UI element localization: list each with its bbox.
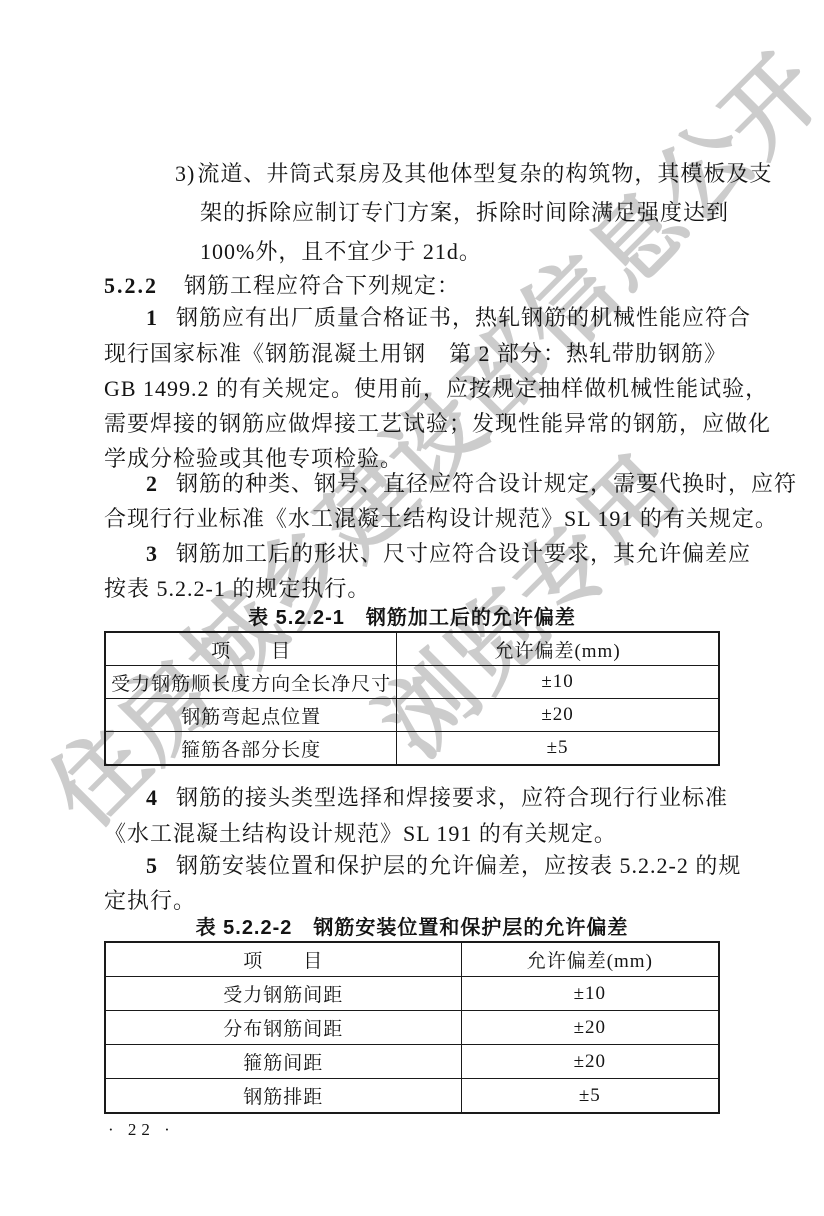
paragraph-1-line: 现行国家标准《钢筋混凝土用钢 第 2 部分：热轧带肋钢筋》	[104, 341, 727, 367]
column-header-deviation: 允许偏差(mm)	[397, 632, 719, 666]
item-cell: 箍筋间距	[105, 1045, 461, 1079]
list-item-3-line: 100%外，且不宜少于 21d。	[200, 239, 482, 265]
value-cell: ±20	[461, 1045, 719, 1079]
paragraph-number: 3	[146, 541, 158, 566]
item-cell: 钢筋弯起点位置	[105, 699, 397, 732]
table2-caption: 表 5.2.2-2 钢筋安装位置和保护层的允许偏差	[104, 911, 720, 940]
table-row: 钢筋排距 ±5	[105, 1079, 719, 1114]
clause-heading: 5.2.2钢筋工程应符合下列规定：	[104, 273, 460, 299]
paragraph-number: 2	[146, 471, 158, 496]
table-allowed-deviation-processing: 项 目 允许偏差(mm) 受力钢筋顺长度方向全长净尺寸 ±10 钢筋弯起点位置 …	[104, 631, 720, 766]
value-cell: ±5	[397, 732, 719, 766]
column-header-item: 项 目	[105, 632, 397, 666]
paragraph-text: 钢筋的种类、钢号、直径应符合设计规定，需要代换时，应符	[176, 471, 797, 496]
value-cell: ±20	[461, 1011, 719, 1045]
paragraph-number: 1	[146, 305, 158, 330]
value-cell: ±10	[461, 977, 719, 1011]
clause-title: 钢筋工程应符合下列规定：	[184, 273, 460, 298]
column-header-item: 项 目	[105, 942, 461, 977]
paragraph-3-line: 3钢筋加工后的形状、尺寸应符合设计要求，其允许偏差应	[146, 541, 751, 567]
item-cell: 受力钢筋顺长度方向全长净尺寸	[105, 666, 397, 699]
page-number: · 22 ·	[108, 1120, 175, 1140]
item-cell: 分布钢筋间距	[105, 1011, 461, 1045]
paragraph-number: 4	[146, 785, 158, 810]
paragraph-1-line: 1钢筋应有出厂质量合格证书，热轧钢筋的机械性能应符合	[146, 305, 751, 331]
value-cell: ±10	[397, 666, 719, 699]
paragraph-text: 钢筋的接头类型选择和焊接要求，应符合现行行业标准	[176, 785, 728, 810]
paragraph-1-line: GB 1499.2 的有关规定。使用前，应按规定抽样做机械性能试验，	[104, 376, 768, 402]
paragraph-1-line: 需要焊接的钢筋应做焊接工艺试验；发现性能异常的钢筋，应做化	[104, 411, 771, 437]
item-cell: 箍筋各部分长度	[105, 732, 397, 766]
paragraph-number: 5	[146, 853, 158, 878]
paragraph-text: 钢筋应有出厂质量合格证书，热轧钢筋的机械性能应符合	[176, 305, 751, 330]
paragraph-2-line: 合现行行业标准《水工混凝土结构设计规范》SL 191 的有关规定。	[104, 506, 778, 532]
table-header-row: 项 目 允许偏差(mm)	[105, 632, 719, 666]
value-cell: ±5	[461, 1079, 719, 1114]
list-item-3-line: 架的拆除应制订专门方案，拆除时间除满足强度达到	[200, 200, 729, 226]
table-row: 分布钢筋间距 ±20	[105, 1011, 719, 1045]
list-item-3-line: 3)流道、井筒式泵房及其他体型复杂的构筑物，其模板及支	[175, 161, 772, 187]
clause-number: 5.2.2	[104, 273, 158, 298]
table-header-row: 项 目 允许偏差(mm)	[105, 942, 719, 977]
table1-caption: 表 5.2.2-1 钢筋加工后的允许偏差	[104, 601, 720, 630]
paragraph-5-line: 5钢筋安装位置和保护层的允许偏差，应按表 5.2.2-2 的规	[146, 853, 741, 879]
table-row: 箍筋各部分长度 ±5	[105, 732, 719, 766]
list-marker: 3)	[175, 161, 195, 186]
paragraph-text: 钢筋安装位置和保护层的允许偏差，应按表 5.2.2-2 的规	[176, 853, 741, 878]
column-header-deviation: 允许偏差(mm)	[461, 942, 719, 977]
page-content: 3)流道、井筒式泵房及其他体型复杂的构筑物，其模板及支 架的拆除应制订专门方案，…	[0, 0, 824, 1216]
value-cell: ±20	[397, 699, 719, 732]
table-row: 受力钢筋间距 ±10	[105, 977, 719, 1011]
table-row: 箍筋间距 ±20	[105, 1045, 719, 1079]
document-page: 住房城乡建设部信息公开 浏览专用 3)流道、井筒式泵房及其他体型复杂的构筑物，其…	[0, 0, 824, 1216]
item-cell: 受力钢筋间距	[105, 977, 461, 1011]
paragraph-4-line: 4钢筋的接头类型选择和焊接要求，应符合现行行业标准	[146, 785, 728, 811]
table-row: 受力钢筋顺长度方向全长净尺寸 ±10	[105, 666, 719, 699]
paragraph-4-line: 《水工混凝土结构设计规范》SL 191 的有关规定。	[104, 821, 617, 847]
table-allowed-deviation-installation: 项 目 允许偏差(mm) 受力钢筋间距 ±10 分布钢筋间距 ±20 箍筋间距 …	[104, 941, 720, 1114]
paragraph-2-line: 2钢筋的种类、钢号、直径应符合设计规定，需要代换时，应符	[146, 471, 797, 497]
list-item-text: 流道、井筒式泵房及其他体型复杂的构筑物，其模板及支	[197, 161, 772, 186]
table-row: 钢筋弯起点位置 ±20	[105, 699, 719, 732]
item-cell: 钢筋排距	[105, 1079, 461, 1114]
paragraph-3-line: 按表 5.2.2-1 的规定执行。	[104, 576, 370, 602]
paragraph-text: 钢筋加工后的形状、尺寸应符合设计要求，其允许偏差应	[176, 541, 751, 566]
paragraph-1-line: 学成分检验或其他专项检验。	[104, 446, 403, 472]
